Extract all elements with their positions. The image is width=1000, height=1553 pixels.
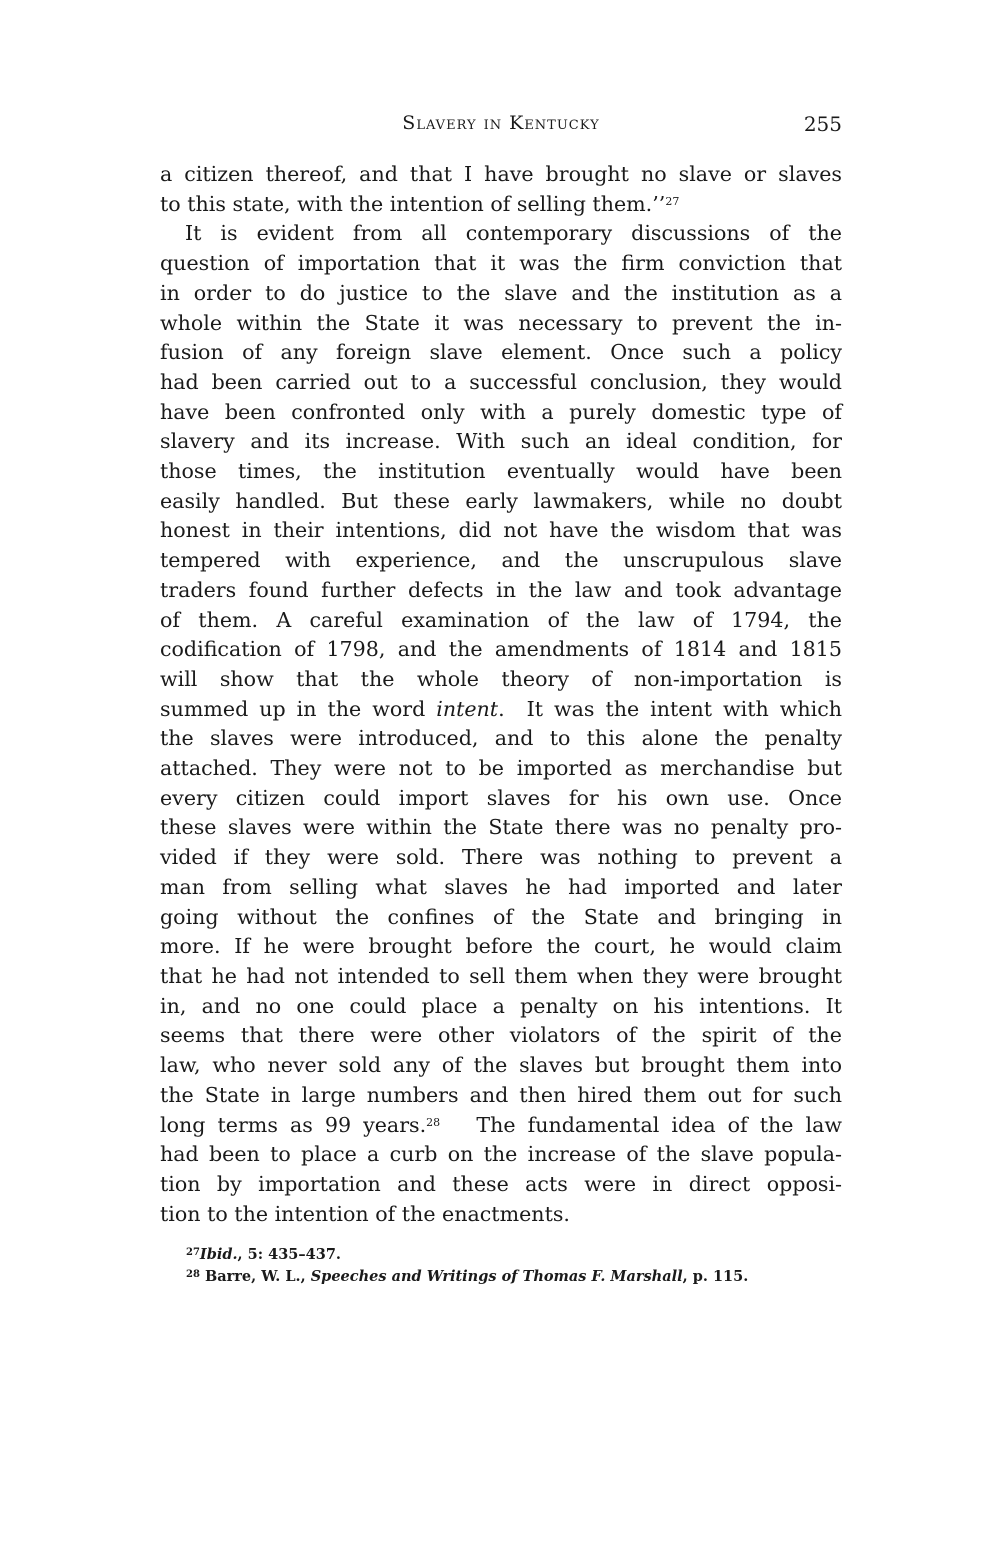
text-line: law, who never sold any of the slaves bu… — [160, 1051, 842, 1081]
text-line: to this state, with the intention of sel… — [160, 190, 842, 220]
text-line: have been confronted only with a purely … — [160, 398, 842, 428]
text-line: slavery and its increase. With such an i… — [160, 427, 842, 457]
italic-intent: intent — [436, 697, 498, 721]
footnote-27: 27Ibid., 5: 435–437. — [186, 1244, 846, 1266]
text-line: man from selling what slaves he had impo… — [160, 873, 842, 903]
text-line: more. If he were brought before the cour… — [160, 932, 842, 962]
body-text: a citizen thereof, and that I have broug… — [160, 160, 842, 1229]
text-line-with-ref: long terms as 99 years.28 The fundamenta… — [160, 1111, 842, 1141]
text-line: in, and no one could place a penalty on … — [160, 992, 842, 1022]
page-number: 255 — [804, 112, 842, 136]
text-line: that he had not intended to sell them wh… — [160, 962, 842, 992]
text-line: those times, the institution eventually … — [160, 457, 842, 487]
footnote-ref-27[interactable]: 27 — [665, 195, 679, 208]
text-line: seems that there were other violators of… — [160, 1021, 842, 1051]
text-line: tion by importation and these acts were … — [160, 1170, 842, 1200]
text-line: in order to do justice to the slave and … — [160, 279, 842, 309]
text-line: these slaves were within the State there… — [160, 813, 842, 843]
text-line: vided if they were sold. There was nothi… — [160, 843, 842, 873]
text-line: had been to place a curb on the increase… — [160, 1140, 842, 1170]
text-line: It is evident from all contemporary disc… — [160, 219, 842, 249]
footnote-28: 28 Barre, W. L., Speeches and Writings o… — [186, 1266, 846, 1288]
footnote-ref-28[interactable]: 28 — [426, 1116, 440, 1129]
text-line: question of importation that it was the … — [160, 249, 842, 279]
paragraph-1: a citizen thereof, and that I have broug… — [160, 160, 842, 219]
text-line: a citizen thereof, and that I have broug… — [160, 160, 842, 190]
text-line: tempered with experience, and the unscru… — [160, 546, 842, 576]
text-line: codification of 1798, and the amendments… — [160, 635, 842, 665]
text-line: of them. A careful examination of the la… — [160, 606, 842, 636]
text-line: had been carried out to a successful con… — [160, 368, 842, 398]
text-line: every citizen could import slaves for hi… — [160, 784, 842, 814]
footnotes: 27Ibid., 5: 435–437. 28 Barre, W. L., Sp… — [186, 1244, 846, 1288]
text-line: tion to the intention of the enactments. — [160, 1200, 842, 1230]
text-line: fusion of any foreign slave element. Onc… — [160, 338, 842, 368]
page-header: Slavery in Kentucky 255 — [160, 112, 842, 142]
text-line: traders found further defects in the law… — [160, 576, 842, 606]
text-line: easily handled. But these early lawmaker… — [160, 487, 842, 517]
paragraph-2: It is evident from all contemporary disc… — [160, 219, 842, 1229]
text-line: the slaves were introduced, and to this … — [160, 724, 842, 754]
text-line: honest in their intentions, did not have… — [160, 516, 842, 546]
text-line: attached. They were not to be imported a… — [160, 754, 842, 784]
text-line: going without the confines of the State … — [160, 903, 842, 933]
text-line-intent: summed up in the word intent. It was the… — [160, 695, 842, 725]
text-line: will show that the whole theory of non-i… — [160, 665, 842, 695]
text-line: whole within the State it was necessary … — [160, 309, 842, 339]
text-line: the State in large numbers and then hire… — [160, 1081, 842, 1111]
running-title: Slavery in Kentucky — [160, 112, 842, 134]
